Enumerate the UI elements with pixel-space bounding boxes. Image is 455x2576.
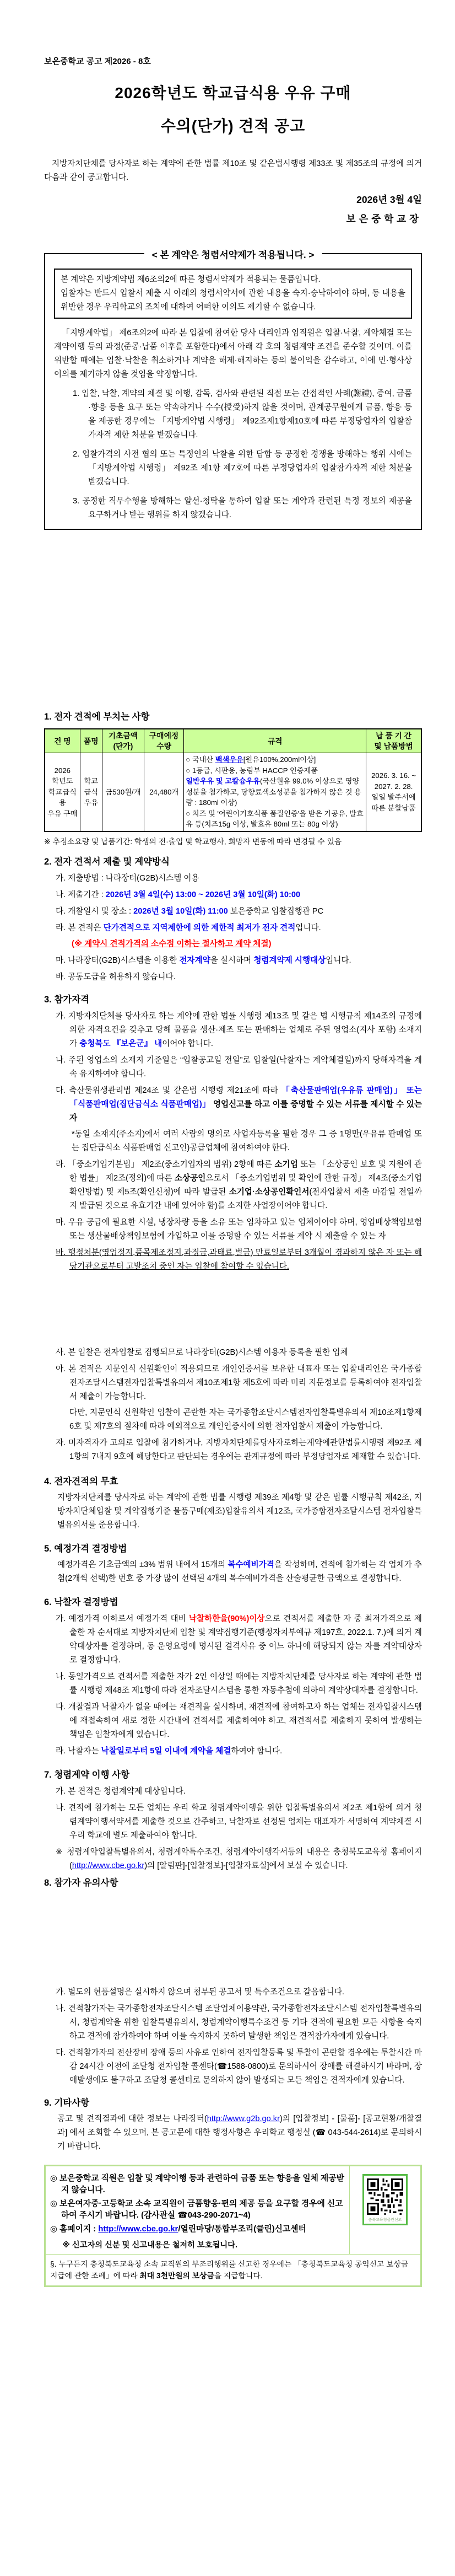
- section-6-title: 6. 낙찰자 결정방법: [44, 1596, 422, 1609]
- cell-item: 학교 급식 우유: [80, 753, 102, 831]
- quote-table: 건 명 품명 기초금액 (단가) 구매예정 수량 규격 납 품 기 간 및 납품…: [44, 728, 422, 832]
- reward-amount: 최대 3천만원의 보상금: [139, 2272, 214, 2280]
- cell-delivery: 2026. 3. 16. ~ 2027. 2. 28. 일일 발주서에 따른 분…: [366, 753, 421, 831]
- notice-number: 보은중학교 공고 제2026 - 8호: [44, 0, 422, 67]
- integrity-contract-target: 청렴계약제 시행대상: [253, 956, 326, 965]
- s3-item-da-note: *동일 소재지(주소지)에서 여러 사람의 명의로 사업자등록을 필한 경우 그…: [44, 1128, 422, 1155]
- s7-item-na: 나. 견적에 참가하는 모든 업체는 우리 학교 청렴계약이행을 위한 입찰특별…: [44, 1801, 422, 1843]
- s2-item-ma: 마. 나라장터(G2B)시스템을 이용한 전자계약을 실시하며 청렴계약제 시행…: [44, 954, 422, 968]
- e-contract: 전자계약: [179, 956, 210, 965]
- clean-line-2: ◎ 보은여자중·고등학교 소속 교직원이 금품향응·편의 제공 등을 요구할 경…: [50, 2198, 346, 2221]
- s2-item-ra-note: (※ 계약시 견적가격의 소수점 이하는 절사하고 계약 체결): [44, 937, 422, 951]
- page-1: 보은중학교 공고 제2026 - 8호 2026학년도 학교급식용 우유 구매 …: [0, 0, 455, 644]
- section-3-title: 3. 참가자격: [44, 993, 422, 1007]
- cbe-homepage-link[interactable]: http://www.cbe.go.kr: [72, 1861, 144, 1870]
- pledge-box-title: < 본 계약은 청렴서약제가 적용됩니다. >: [144, 247, 322, 261]
- spec-line-3: 일반우유 및 고칼슘우유(국산원유 99.0% 이상으로 영양성분을 첨가하고,…: [186, 776, 364, 808]
- spec-line-2: ○ 1등급, 시판용, 농림부 HACCP 인증제품: [186, 765, 364, 776]
- pledge-item-3: 3. 공정한 직무수행을 방해하는 알선·청탁을 통하여 입찰 또는 계약과 관…: [54, 495, 412, 522]
- multiple-preliminary-price: 복수예비가격: [227, 1560, 274, 1569]
- cell-qty: 24,480개: [144, 753, 184, 831]
- s9-body: 공고 및 견적결과에 대한 정보는 나라장터(http://www.g2b.go…: [44, 2112, 422, 2154]
- quote-type: 단가견적으로 지역제한에 의한 제한적 최저가 전자 견적: [104, 924, 296, 932]
- section-2-title: 2. 전자 견적서 제출 및 계약방식: [44, 855, 422, 869]
- s2-item-da: 다. 개찰일시 및 장소 : 2026년 3월 10일(화) 11:00 보은중…: [44, 905, 422, 919]
- s3-item-da: 다. 축산물위생관리법 제24조 및 같은법 시행령 제21조에 따라 「축산물…: [44, 1084, 422, 1125]
- s3-item-na: 나. 주된 영업소의 소재지 기준일은 “입찰공고일 전일”로 입찰일(낙찰자는…: [44, 1054, 422, 1081]
- s7-item-ga: 가. 본 견적은 청렴계약제 대상입니다.: [44, 1785, 422, 1799]
- s8-item-ga: 가. 별도의 현품설명은 실시하지 않으며 첨부된 공고서 및 특수조건으로 갈…: [44, 1985, 422, 1999]
- section-9-title: 9. 기타사항: [44, 2096, 422, 2110]
- s5-body: 예정가격은 기초금액의 ±3% 범위 내에서 15개의 복수예비가격을 작성하며…: [44, 1558, 422, 1586]
- table-footnote: ※ 추정소요량 및 납품기간: 학생의 전·출입 및 학교행사, 희망자 변동에…: [44, 835, 422, 846]
- s7-note: ※ 청렴계약입찰특별유의서, 청렴계약특수조건, 청렴계약이행각서등의 내용은 …: [44, 1845, 422, 1873]
- s6-item-na: 나. 동일가격으로 견적서를 제출한 자가 2인 이상일 때에는 지방자치단체를…: [44, 1670, 422, 1698]
- g2b-link[interactable]: http://www.g2b.go.kr: [207, 2115, 280, 2123]
- section-5-title: 5. 예정가격 결정방법: [44, 1542, 422, 1556]
- page-4: 가. 별도의 현품설명은 실시하지 않으며 첨부된 공고서 및 특수조건으로 갈…: [0, 1932, 455, 2576]
- qr-code: [367, 2178, 403, 2215]
- col-header-base-price: 기초금액 (단가): [102, 729, 144, 753]
- s2-item-ra: 라. 본 견적은 단가견적으로 지역제한에 의한 제한적 최저가 전자 견적입니…: [44, 921, 422, 935]
- pledge-item-2: 2. 입찰가격의 사전 협의 또는 특정인의 낙찰을 위한 담합 등 공정한 경…: [54, 448, 412, 489]
- section-4-title: 4. 전자견적의 무효: [44, 1475, 422, 1489]
- spec-highlight-white-milk: 백색우유: [215, 755, 243, 764]
- s4-body: 지방자치단체를 당사자로 하는 계약에 관한 법률 시행령 제39조 제4항 및…: [44, 1491, 422, 1532]
- spec-line-4: ○ 치즈 및 '어린이기호식품 품질인증'을 받은 가공유, 발효유 등(치즈1…: [186, 808, 364, 830]
- s3-item-a: 아. 본 견적은 지문인식 신원확인이 적용되므로 개인인증서를 보유한 대표자…: [44, 1362, 422, 1404]
- s3-item-ja: 자. 미자격자가 고의로 입찰에 참가하거나, 지방자치단체를당사자로하는계약에…: [44, 1436, 422, 1464]
- s6-item-da: 다. 개찰결과 낙찰자가 없을 때에는 재견적을 실시하며, 재견적에 참여하고…: [44, 1700, 422, 1742]
- cell-name: 2026 학년도 학교급식용 우유 구매: [45, 753, 80, 831]
- s3-item-sa: 사. 본 입찰은 전자입찰로 집행되므로 나라장터(G2B)시스템 이용자 등록…: [44, 1346, 422, 1360]
- clean-line-1: ◎ 보은중학교 직원은 입찰 및 계약이행 등과 관련하여 금품 또는 향응을 …: [50, 2173, 346, 2196]
- intro-paragraph: 지방자치단체를 당사자로 하는 계약에 관한 법률 제10조 및 같은법시행령 …: [44, 157, 422, 185]
- s3-item-ma: 마. 우유 공급에 필요한 시설, 냉장차량 등을 소유 또는 임차하고 있는 …: [44, 1216, 422, 1243]
- page-3: 사. 본 입찰은 전자입찰로 집행되므로 나라장터(G2B)시스템 이용자 등록…: [0, 1288, 455, 1932]
- s3-item-ba: 바. 행정처분(영업정지,품목제조정지,과징금,과태료,벌금) 만료일로부터 3…: [44, 1246, 422, 1274]
- announcement-date: 2026년 3월 4일: [44, 192, 422, 206]
- signer: 보은중학교장: [44, 212, 422, 226]
- table-header-row: 건 명 품명 기초금액 (단가) 구매예정 수량 규격 납 품 기 간 및 납품…: [45, 729, 421, 753]
- s2-item-ba: 바. 공동도급을 허용하지 않습니다.: [44, 970, 422, 984]
- col-header-name: 건 명: [45, 729, 80, 753]
- spec-line-1: ○ 국내산 백색우유[원유100%,200ml이상]: [186, 754, 364, 765]
- pledge-inner-box: 본 계약은 지방계약법 제6조의2에 따른 청렴서약제가 적용되는 물품입니다.…: [54, 269, 412, 319]
- submission-period: 2026년 3월 4일(수) 13:00 ~ 2026년 3월 10일(화) 1…: [106, 890, 300, 899]
- table-row: 2026 학년도 학교급식용 우유 구매 학교 급식 우유 금530원/개 24…: [45, 753, 421, 831]
- s3-item-ra: 라. 「중소기업기본법」 제2조(중소기업자의 범위) 2항에 따른 소기업 또…: [44, 1158, 422, 1213]
- clean-center-link[interactable]: http://www.cbe.go.kr: [98, 2225, 178, 2234]
- col-header-item: 품명: [80, 729, 102, 753]
- s2-item-na: 나. 제출기간 : 2026년 3월 4일(수) 13:00 ~ 2026년 3…: [44, 888, 422, 902]
- cell-spec: ○ 국내산 백색우유[원유100%,200ml이상] ○ 1등급, 시판용, 농…: [184, 753, 366, 831]
- section-7-title: 7. 청렴계약 이행 사항: [44, 1768, 422, 1782]
- page-title: 2026학년도 학교급식용 우유 구매: [44, 81, 422, 103]
- col-header-qty: 구매예정 수량: [144, 729, 184, 753]
- integrity-pledge-box: < 본 계약은 청렴서약제가 적용됩니다. > 본 계약은 지방계약법 제6조의…: [44, 253, 422, 530]
- clean-line-3: ◎ 홈페이지 : http://www.cbe.go.kr/열린마당/통합부조리…: [50, 2224, 346, 2235]
- s6-item-ga: 가. 예정가격 이하로서 예정가격 대비 낙찰하한율(90%)이상으로 견적서를…: [44, 1612, 422, 1667]
- region-restriction: 충청북도 『보은군』 내: [79, 1039, 162, 1048]
- award-lower-limit: 낙찰하한율(90%)이상: [189, 1614, 265, 1623]
- section-1-title: 1. 전자 견적에 부치는 사항: [44, 710, 422, 724]
- qr-caption: 충북교육청클린신고: [367, 2218, 403, 2223]
- section-8-title: 8. 참가자 유의사항: [44, 1876, 422, 1890]
- clean-line-4: ※ 신고자의 신분 및 신고내용은 철저히 보호됩니다.: [50, 2240, 346, 2251]
- s2-item-ga: 가. 제출방법 : 나라장터(G2B)시스템 이용: [44, 872, 422, 885]
- reward-notice: §. 누구든지 충청북도교육청 소속 교직원의 부조리행위를 신고한 경우에는 …: [46, 2254, 420, 2285]
- s8-item-na: 나. 견적참가자는 국가종합전자조달시스템 조달업체이용약관, 국가종합전자조달…: [44, 2002, 422, 2043]
- pledge-body: 「지방계약법」 제6조의2에 따라 본 입찰에 참여한 당사 대리인과 임직원은…: [54, 326, 412, 382]
- spec-highlight-milk-types: 일반우유 및 고칼슘우유: [186, 777, 260, 785]
- col-header-spec: 규격: [184, 729, 366, 753]
- pledge-item-1: 1. 입찰, 낙찰, 계약의 체결 및 이행, 감독, 검사와 관련된 직접 또…: [54, 387, 412, 442]
- s6-item-ra: 라. 낙찰자는 낙찰일로부터 5일 이내에 계약을 체결하여야 합니다.: [44, 1745, 422, 1758]
- s8-item-da: 다. 견적참가자의 전산장비 장애 등의 사유로 인하여 전자입찰등록 및 투찰…: [44, 2046, 422, 2087]
- s3-item-ga: 가. 지방자치단체를 당사자로 하는 계약에 관한 법률 시행령 제13조 및 …: [44, 1010, 422, 1051]
- page-2: 1. 전자 견적에 부치는 사항 건 명 품명 기초금액 (단가) 구매예정 수…: [0, 644, 455, 1288]
- cell-base-price: 금530원/개: [102, 753, 144, 831]
- s3-item-a-sub: 다만, 지문인식 신원확인 입찰이 곤란한 자는 국가종합조달시스템전자입찰특별…: [44, 1406, 422, 1434]
- page-title-line2: 수의(단가) 견적 공고: [44, 114, 422, 136]
- clean-report-box: ◎ 보은중학교 직원은 입찰 및 계약이행 등과 관련하여 금품 또는 향응을 …: [44, 2165, 422, 2287]
- contract-deadline: 낙찰일로부터 5일 이내에 계약을 체결: [101, 1747, 231, 1756]
- opening-datetime: 2026년 3월 10일(화) 11:00: [133, 907, 228, 916]
- qr-frame: 충북교육청클린신고: [362, 2174, 408, 2225]
- col-header-delivery: 납 품 기 간 및 납품방법: [366, 729, 421, 753]
